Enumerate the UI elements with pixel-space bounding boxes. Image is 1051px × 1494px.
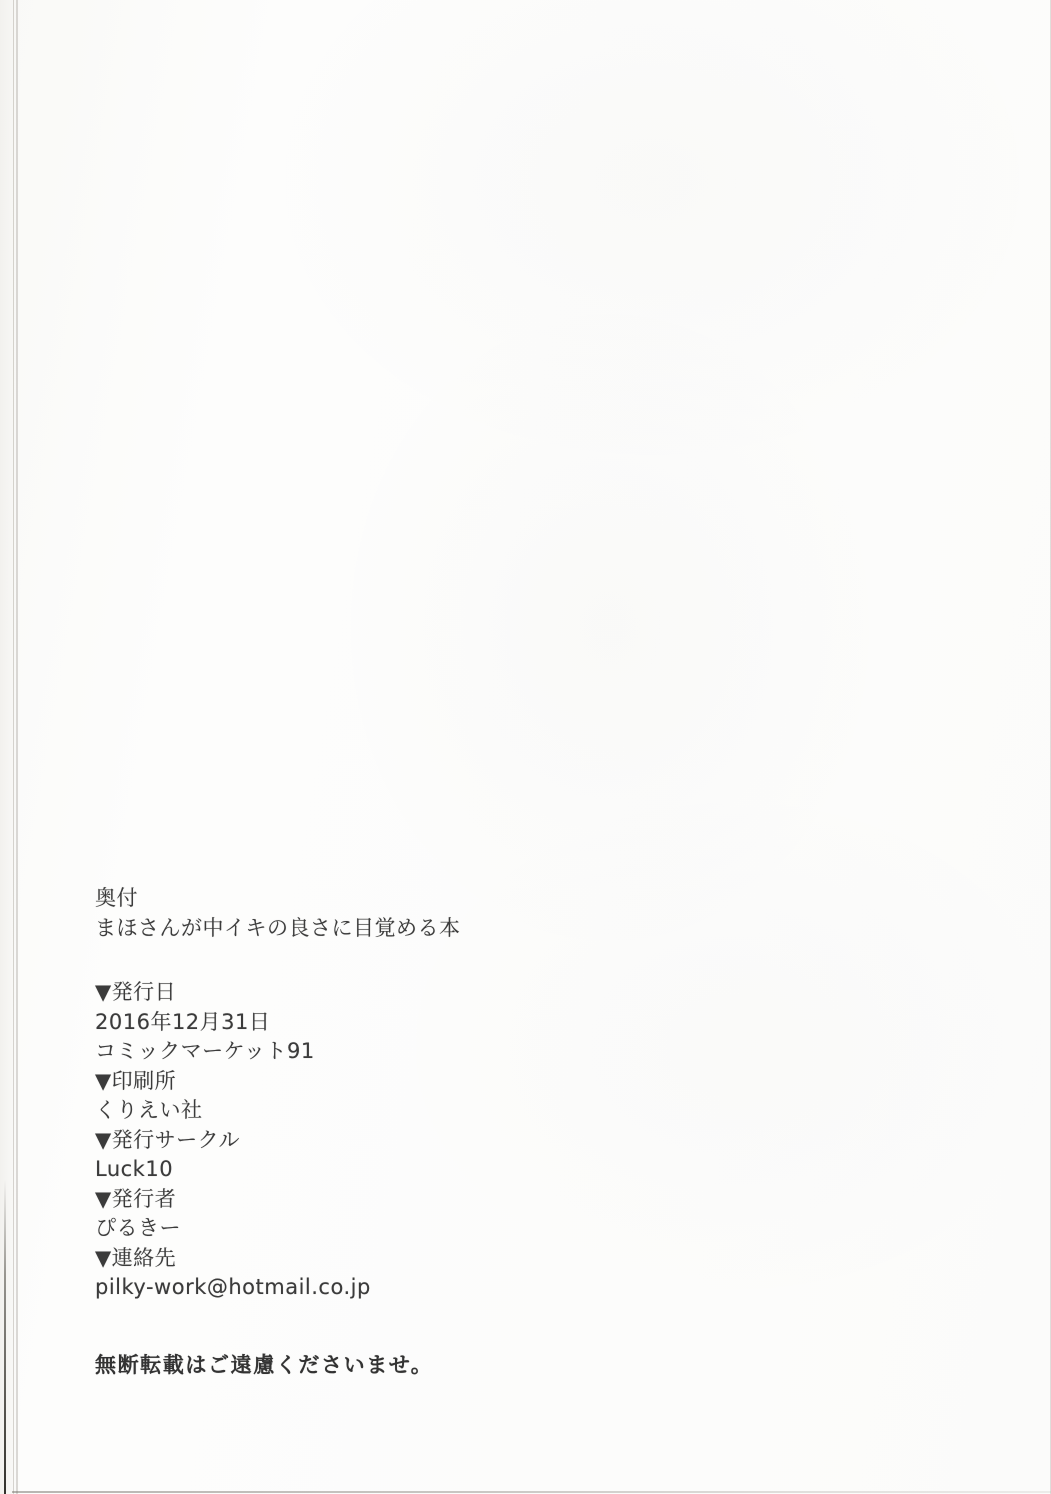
entry-label-printer: ▼印刷所 — [95, 1067, 795, 1097]
colophon-heading: 奥付 — [95, 884, 795, 914]
entry-label-contact: ▼連絡先 — [95, 1244, 795, 1274]
spacer — [95, 943, 795, 978]
entry-value-printer: くりえい社 — [95, 1096, 795, 1126]
entry-label-publication-date: ▼発行日 — [95, 978, 795, 1008]
entry-value-circle: Luck10 — [95, 1155, 795, 1185]
entry-label-publisher: ▼発行者 — [95, 1185, 795, 1215]
entry-value-contact-email: pilky-work@hotmail.co.jp — [95, 1273, 795, 1303]
colophon-block: 奥付 まほさんが中イキの良さに目覚める本 ▼発行日 2016年12月31日 コミ… — [95, 884, 795, 1380]
page-edge-line-light — [13, 0, 14, 1494]
entry-label-circle: ▼発行サークル — [95, 1126, 795, 1156]
entry-value-publisher: ぴるきー — [95, 1214, 795, 1244]
spacer — [95, 1303, 795, 1351]
scanned-colophon-page: 奥付 まほさんが中イキの良さに目覚める本 ▼発行日 2016年12月31日 コミ… — [0, 0, 1051, 1494]
entry-value-publication-date: 2016年12月31日 — [95, 1008, 795, 1038]
no-reprint-notice: 無断転載はご遠慮くださいませ。 — [95, 1351, 795, 1381]
page-edge-line-medium — [16, 0, 18, 1494]
page-edge-line-dark — [4, 1180, 6, 1494]
entry-value-event: コミックマーケット91 — [95, 1037, 795, 1067]
book-title: まほさんが中イキの良さに目覚める本 — [95, 914, 795, 944]
bottom-page-edge-line — [12, 1491, 1051, 1493]
